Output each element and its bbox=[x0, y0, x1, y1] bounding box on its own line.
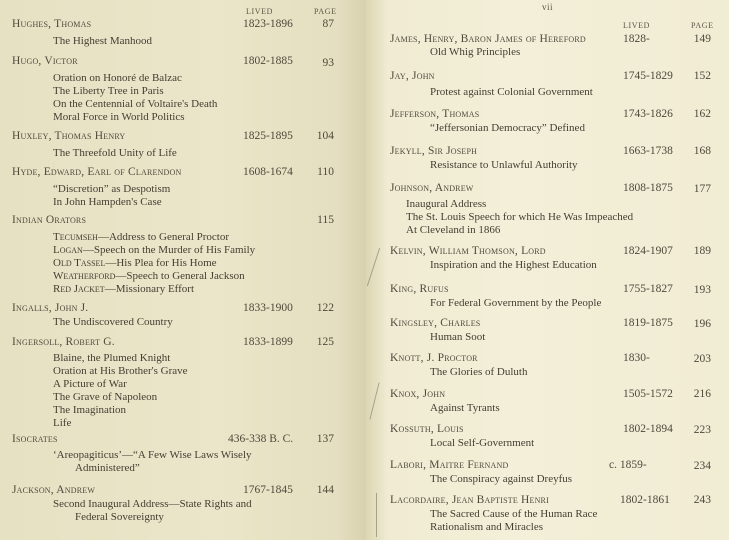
page-number: 177 bbox=[694, 183, 711, 195]
speech-title: Oration at His Brother's Grave bbox=[53, 365, 188, 378]
speech-title: The St. Louis Speech for which He Was Im… bbox=[406, 211, 633, 224]
author-name: Lacordaire, Jean Baptiste Henri bbox=[390, 494, 549, 506]
pencil-mark bbox=[369, 382, 379, 419]
lived-dates: 1743-1826 bbox=[623, 108, 673, 120]
speech-title: The Glories of Duluth bbox=[430, 366, 527, 379]
lived-dates: 1808-1875 bbox=[623, 182, 673, 194]
page-number: 189 bbox=[694, 245, 711, 257]
page-number: 196 bbox=[694, 318, 711, 330]
speech-title: Second Inaugural Address—State Rights an… bbox=[53, 498, 252, 511]
author-name: Jackson, Andrew bbox=[12, 484, 95, 496]
lived-dates: 1833-1899 bbox=[243, 336, 293, 348]
author-name: Jekyll, Sir Joseph bbox=[390, 145, 477, 157]
speech-title: —Speech to General Jackson bbox=[115, 270, 244, 282]
lived-dates: 436-338 B. C. bbox=[228, 433, 293, 445]
lived-dates: 1767-1845 bbox=[243, 484, 293, 496]
author-name: Hughes, Thomas bbox=[12, 18, 91, 30]
author-name: Ingersoll, Robert G. bbox=[12, 336, 115, 348]
speech-title: —Address to General Proctor bbox=[98, 231, 229, 243]
lived-dates: 1823-1896 bbox=[243, 18, 293, 30]
lived-dates: 1802-1885 bbox=[243, 55, 293, 67]
orator-speech: Tecumseh—Address to General Proctor bbox=[53, 231, 229, 244]
lived-dates: 1755-1827 bbox=[623, 283, 673, 295]
lived-dates: 1819-1875 bbox=[623, 317, 673, 329]
lived-dates: 1505-1572 bbox=[623, 388, 673, 400]
page-number: 87 bbox=[323, 18, 335, 30]
lived-dates: 1802-1894 bbox=[623, 423, 673, 435]
speech-title: “Jeffersonian Democracy” Defined bbox=[430, 122, 585, 135]
speech-title: Life bbox=[53, 417, 71, 430]
lived-dates: 1745-1829 bbox=[623, 70, 673, 82]
orator-speech: Red Jacket—Missionary Effort bbox=[53, 283, 194, 296]
pencil-mark bbox=[376, 493, 377, 537]
author-name: Johnson, Andrew bbox=[390, 182, 474, 194]
author-name: Hugo, Victor bbox=[12, 55, 78, 67]
speech-title: The Conspiracy against Dreyfus bbox=[430, 473, 572, 486]
page-number: 110 bbox=[317, 166, 334, 178]
orator-name: Tecumseh bbox=[53, 231, 98, 243]
speech-title: The Imagination bbox=[53, 404, 126, 417]
author-name: Kingsley, Charles bbox=[390, 317, 480, 329]
author-name: Ingalls, John J. bbox=[12, 302, 88, 314]
lived-dates: 1802-1861 bbox=[620, 494, 670, 506]
speech-title: —Speech on the Murder of His Family bbox=[83, 244, 255, 256]
lived-dates: 1828- bbox=[623, 33, 650, 45]
page-number: 122 bbox=[317, 302, 334, 314]
author-name: Huxley, Thomas Henry bbox=[12, 130, 125, 142]
page-number: 125 bbox=[317, 336, 334, 348]
speech-title: Blaine, the Plumed Knight bbox=[53, 352, 170, 365]
speech-title: For Federal Government by the People bbox=[430, 297, 601, 310]
lived-column-header: LIVED bbox=[246, 7, 273, 16]
author-name: James, Henry, Baron James of Hereford bbox=[390, 33, 586, 45]
author-name: Kelvin, William Thomson, Lord bbox=[390, 245, 546, 257]
speech-title: Inspiration and the Highest Education bbox=[430, 259, 597, 272]
orator-name: Logan bbox=[53, 244, 83, 256]
orator-speech: Old Tassel—His Plea for His Home bbox=[53, 257, 217, 270]
speech-title-continued: Federal Sovereignty bbox=[75, 511, 164, 524]
speech-title: “Discretion” as Despotism bbox=[53, 183, 170, 196]
lived-dates: 1830- bbox=[623, 352, 650, 364]
speech-title: Resistance to Unlawful Authority bbox=[430, 159, 578, 172]
book-spread: LIVED PAGE Hughes, Thomas 1823-1896 87 T… bbox=[0, 0, 729, 540]
speech-title: In John Hampden's Case bbox=[53, 196, 162, 209]
page-number: 162 bbox=[694, 108, 711, 120]
page-column-header: PAGE bbox=[691, 21, 714, 30]
page-folio: vii bbox=[366, 2, 729, 12]
lived-dates: 1825-1895 bbox=[243, 130, 293, 142]
lived-dates: c. 1859- bbox=[609, 459, 647, 471]
page-number: 193 bbox=[694, 284, 711, 296]
speech-title: Moral Force in World Politics bbox=[53, 111, 185, 124]
page-number: 115 bbox=[317, 214, 334, 226]
speech-title: —His Plea for His Home bbox=[105, 257, 216, 269]
author-name: Kossuth, Louis bbox=[390, 423, 464, 435]
lived-column-header: LIVED bbox=[623, 21, 650, 30]
page-number: 93 bbox=[323, 57, 335, 69]
author-name: Indian Orators bbox=[12, 214, 86, 226]
page-number: 137 bbox=[317, 433, 334, 445]
speech-title: Local Self-Government bbox=[430, 437, 534, 450]
page-number: 152 bbox=[694, 70, 711, 82]
orator-speech: Weatherford—Speech to General Jackson bbox=[53, 270, 245, 283]
author-name: Isocrates bbox=[12, 433, 58, 445]
speech-title: The Grave of Napoleon bbox=[53, 391, 157, 404]
speech-title: Inaugural Address bbox=[406, 198, 486, 211]
author-name: King, Rufus bbox=[390, 283, 449, 295]
speech-title: Human Soot bbox=[430, 331, 485, 344]
speech-title: Against Tyrants bbox=[430, 402, 500, 415]
page-number: 168 bbox=[694, 145, 711, 157]
left-page: LIVED PAGE Hughes, Thomas 1823-1896 87 T… bbox=[0, 0, 366, 540]
speech-title: The Threefold Unity of Life bbox=[53, 147, 177, 160]
page-column-header: PAGE bbox=[314, 7, 337, 16]
page-number: 243 bbox=[694, 494, 711, 506]
pencil-mark bbox=[367, 248, 380, 286]
right-page: vii LIVED PAGE James, Henry, Baron James… bbox=[366, 0, 729, 540]
speech-title: Rationalism and Miracles bbox=[430, 521, 543, 534]
lived-dates: 1824-1907 bbox=[623, 245, 673, 257]
speech-title: ‘Areopagiticus’—“A Few Wise Laws Wisely bbox=[53, 449, 252, 462]
speech-title: A Picture of War bbox=[53, 378, 127, 391]
speech-title: Protest against Colonial Government bbox=[430, 86, 593, 99]
page-number: 216 bbox=[694, 388, 711, 400]
speech-title: Oration on Honoré de Balzac bbox=[53, 72, 182, 85]
speech-title: —Missionary Effort bbox=[105, 283, 194, 295]
lived-dates: 1833-1900 bbox=[243, 302, 293, 314]
orator-name: Red Jacket bbox=[53, 283, 105, 295]
speech-title: On the Centennial of Voltaire's Death bbox=[53, 98, 217, 111]
lived-dates: 1608-1674 bbox=[243, 166, 293, 178]
author-name: Jay, John bbox=[390, 70, 435, 82]
author-name: Labori, Maitre Fernand bbox=[390, 459, 508, 471]
speech-title: The Sacred Cause of the Human Race bbox=[430, 508, 597, 521]
speech-title: The Undiscovered Country bbox=[53, 316, 173, 329]
speech-title: The Liberty Tree in Paris bbox=[53, 85, 164, 98]
speech-title: Old Whig Principles bbox=[430, 46, 520, 59]
speech-title-continued: Administered” bbox=[75, 462, 140, 475]
page-number: 203 bbox=[694, 353, 711, 365]
author-name: Knox, John bbox=[390, 388, 445, 400]
orator-name: Weatherford bbox=[53, 270, 115, 282]
speech-title: At Cleveland in 1866 bbox=[406, 224, 500, 237]
page-number: 144 bbox=[317, 484, 334, 496]
page-number: 234 bbox=[694, 460, 711, 472]
author-name: Jefferson, Thomas bbox=[390, 108, 479, 120]
lived-dates: 1663-1738 bbox=[623, 145, 673, 157]
orator-name: Old Tassel bbox=[53, 257, 105, 269]
author-name: Hyde, Edward, Earl of Clarendon bbox=[12, 166, 181, 178]
page-number: 149 bbox=[694, 33, 711, 45]
orator-speech: Logan—Speech on the Murder of His Family bbox=[53, 244, 255, 257]
page-number: 223 bbox=[694, 424, 711, 436]
speech-title: The Highest Manhood bbox=[53, 35, 152, 48]
author-name: Knott, J. Proctor bbox=[390, 352, 478, 364]
page-number: 104 bbox=[317, 130, 334, 142]
